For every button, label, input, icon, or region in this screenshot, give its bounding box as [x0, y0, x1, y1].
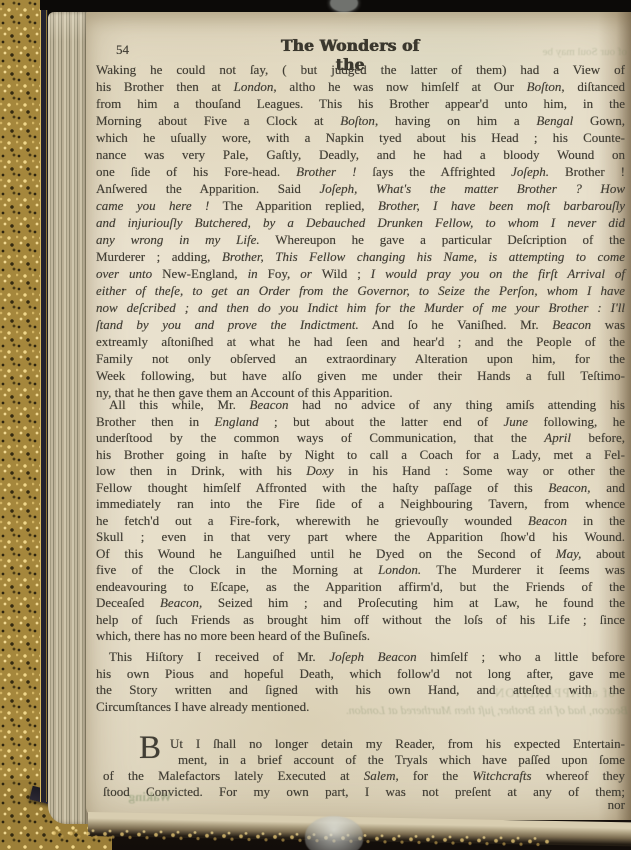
roman-text: Morning about Five a Clock at [96, 113, 340, 128]
text-line: he fetch'd out a Fire-fork, wherewith he… [96, 513, 625, 530]
italic-text: Joſeph. [511, 164, 549, 179]
italic-text: over unto [96, 266, 162, 281]
roman-text: The Apparition replied, [209, 198, 378, 213]
roman-text: Murderer ; adding, [96, 249, 222, 264]
text-line: his own Pious and hopeful Death, which f… [96, 666, 625, 683]
italic-text: Witchcrafts [472, 768, 531, 783]
italic-text: ſtand by you and prove the Indictment. [96, 317, 359, 332]
roman-text: Family not only obſerved an extraordinar… [96, 351, 625, 366]
text-line: ment, in a brief account of the Tryals w… [96, 752, 625, 768]
roman-text: for the [399, 768, 473, 783]
italic-text: Beacon, [160, 595, 202, 610]
roman-text: immediately ran into the Fire ſide of a … [96, 496, 625, 511]
italic-text: London. [378, 562, 421, 577]
roman-text: following, he [528, 414, 625, 429]
roman-text: about [581, 546, 625, 561]
roman-text: his own Pious and hopeful Death, which f… [96, 666, 625, 681]
roman-text: in his Hand : Some way or other the [334, 463, 625, 478]
show-through-header: of our Soul may be [462, 46, 627, 58]
roman-text: of the Malefactors lately Executed at [103, 768, 364, 783]
italic-text: or [300, 266, 322, 281]
text-line: which, there has no more been heard of t… [96, 628, 625, 645]
roman-text: endeavouring to Eſcape, as the Apparitio… [96, 579, 625, 594]
roman-text: Week following, but have alſo given me u… [96, 368, 625, 383]
roman-text: Skull ; even in that very part where the… [96, 529, 625, 544]
show-through-word: Waking [102, 789, 172, 805]
italic-text: Beacon [552, 317, 591, 332]
text-line: Of this Wound he Languiſhed until he Dye… [96, 546, 625, 563]
roman-text: ſays the Affrighted [356, 164, 511, 179]
book-scan-page: 54 The Wonders of the Waking he could no… [0, 0, 631, 850]
roman-text: one ſide of his Fore-head. [96, 164, 296, 179]
roman-text: which, there has no more been heard of t… [96, 628, 370, 643]
roman-text: was [591, 317, 625, 332]
italic-text: London [234, 79, 274, 94]
text-line: which he uſually wore, with a Napkin tye… [96, 129, 625, 146]
italic-text: Salem, [364, 768, 399, 783]
roman-text: before, [571, 430, 625, 445]
page-number: 54 [116, 42, 129, 58]
roman-text: Of this Wound he Languiſhed until he Dye… [96, 546, 556, 561]
show-through-heading: of an APPARITION [330, 685, 615, 701]
text-line: Family not only obſerved an extraordinar… [96, 350, 625, 367]
roman-text: and [591, 480, 625, 495]
roman-text: All this while, Mr. [109, 397, 250, 412]
italic-text: Beacon [528, 513, 567, 528]
roman-text: from him a thouſand Leagues. This his Br… [96, 96, 625, 111]
paragraph-beacon-news: All this while, Mr. Beacon had no advice… [96, 397, 625, 645]
roman-text: Anſwered the Apparition. Said [96, 181, 319, 196]
text-line: This Hiſtory I received of Mr. Joſeph Be… [96, 649, 625, 666]
text-line: now deſcribed ; and then do you Indict h… [96, 299, 625, 316]
italic-text: either of theſe, to get an Order from th… [96, 283, 625, 298]
roman-text: , altho he was now himſelf at Our [273, 79, 526, 94]
italic-text: Doxy [306, 463, 333, 478]
roman-text: in the [567, 513, 625, 528]
roman-text: nance was very Pale, Gaſtly, Deadly, and… [96, 147, 625, 162]
roman-text: Gown, [573, 113, 625, 128]
roman-text: five of the Clock in the Morning at [96, 562, 378, 577]
roman-text: whereof they [532, 768, 625, 783]
text-line: extreamly aſtoniſhed at what he had ſeen… [96, 333, 625, 350]
gilt-cover-border [0, 0, 40, 850]
roman-text: Wild ; [322, 266, 371, 281]
text-line: came you here ! The Apparition replied, … [96, 197, 625, 214]
italic-text: any wrong in my Life. [96, 232, 260, 247]
roman-text: Fellow thought himſelf Affronted with th… [96, 480, 548, 495]
roman-text: low then in Drink, with his [96, 463, 306, 478]
italic-text: Beacon, [548, 480, 590, 495]
text-line: Brother then in England ; but about the … [96, 414, 625, 431]
text-line: Waking he could not ſay, ( but judged th… [96, 61, 625, 78]
text-line: five of the Clock in the Morning at Lond… [96, 562, 625, 579]
roman-text: Foy, [268, 266, 301, 281]
roman-text: his Brother then at [96, 79, 234, 94]
italic-text: May, [556, 546, 582, 561]
italic-text: June [503, 414, 528, 429]
italic-text: Beacon [250, 397, 289, 412]
text-line: Ut I ſhall no longer detain my Reader, f… [96, 736, 625, 752]
text-line: All this while, Mr. Beacon had no advice… [96, 397, 625, 414]
roman-text: Brother then in [96, 414, 215, 429]
roman-text: Waking he could not ſay, ( but judged th… [96, 62, 625, 77]
roman-text: Whereupon he gave a particular Deſcripti… [260, 232, 625, 247]
text-line: Morning about Five a Clock at Boſton, ha… [96, 112, 625, 129]
roman-text: Brother ! [549, 164, 625, 179]
text-line: endeavouring to Eſcape, as the Apparitio… [96, 579, 625, 596]
italic-text: Brother, I have been moſt barbarouſly [378, 198, 625, 213]
text-line: Fellow thought himſelf Affronted with th… [96, 480, 625, 497]
text-line: Anſwered the Apparition. Said Joſeph, Wh… [96, 180, 625, 197]
roman-text: which he uſually wore, with a Napkin tye… [96, 130, 625, 145]
italic-text: Boſton [340, 113, 375, 128]
text-line: his Brother going in haſte by Night to c… [96, 447, 625, 464]
text-line: low then in Drink, with his Doxy in his … [96, 463, 625, 480]
text-line: immediately ran into the Fire ſide of a … [96, 496, 625, 513]
roman-text: had no advice of any thing amiſs attendi… [289, 397, 626, 412]
page-clip-bottom [305, 816, 363, 850]
text-line: of the Malefactors lately Executed at Sa… [96, 768, 625, 784]
text-line: Skull ; even in that very part where the… [96, 529, 625, 546]
text-line: Murderer ; adding, Brother, This Fellow … [96, 248, 625, 265]
italic-text: and injuriouſly Butchered, by a Debauche… [96, 215, 625, 230]
page-fore-edge-stack [48, 12, 88, 824]
italic-text: England [215, 414, 259, 429]
italic-text: Joſeph Beacon [329, 649, 416, 664]
text-line: his Brother then at London, altho he was… [96, 78, 625, 95]
italic-text: April [544, 430, 571, 445]
italic-text: Brother ! [296, 164, 356, 179]
roman-text: New-England, [162, 266, 247, 281]
roman-text: underſtood by the common ways of Communi… [96, 430, 544, 445]
text-line: over unto New-England, in Foy, or Wild ;… [96, 265, 625, 282]
cover-inner-band [40, 10, 48, 802]
text-line: Deceaſed Beacon, Seized him ; and Proſec… [96, 595, 625, 612]
roman-text: Deceaſed [96, 595, 160, 610]
italic-text: Joſeph, What's the matter Brother ? How [319, 181, 625, 196]
text-line: and injuriouſly Butchered, by a Debauche… [96, 214, 625, 231]
text-line: Week following, but have alſo given me u… [96, 367, 625, 384]
paragraph-salem-trials: Ut I ſhall no longer detain my Reader, f… [96, 736, 625, 800]
roman-text: his Brother going in haſte by Night to c… [96, 447, 625, 462]
roman-text: help of ſuch Friends as brought him off … [96, 612, 625, 627]
italic-text: came you here ! [96, 198, 209, 213]
roman-text: Ut I ſhall no longer detain my Reader, f… [170, 736, 625, 751]
roman-text: The Murderer it ſeems was [421, 562, 625, 577]
catchword: nor [540, 797, 625, 813]
roman-text: , diſtanced [561, 79, 625, 94]
roman-text: ment, in a brief account of the Tryals w… [178, 752, 625, 767]
text-line: help of ſuch Friends as brought him off … [96, 612, 625, 629]
text-line: one ſide of his Fore-head. Brother ! ſay… [96, 163, 625, 180]
italic-text: in [248, 266, 268, 281]
text-line: ſtand by you and prove the Indictment. A… [96, 316, 625, 333]
show-through-line: Beacon, had of his Brother, juſt then Mu… [240, 703, 628, 718]
text-line: any wrong in my Life. Whereupon he gave … [96, 231, 625, 248]
italic-text: Boſton [527, 79, 562, 94]
roman-text: , having on him a [375, 113, 536, 128]
text-line: underſtood by the common ways of Communi… [96, 430, 625, 447]
italic-text: I would pray you on the firſt Arrival of [371, 266, 625, 281]
roman-text: This Hiſtory I received of Mr. [109, 649, 329, 664]
text-line: from him a thouſand Leagues. This his Br… [96, 95, 625, 112]
italic-text: now deſcribed ; and then do you Indict h… [96, 300, 625, 315]
roman-text: he fetch'd out a Fire-fork, wherewith he… [96, 513, 528, 528]
italic-text: Brother, This Fellow changing his Name, … [222, 249, 625, 264]
text-line: either of theſe, to get an Order from th… [96, 282, 625, 299]
paragraph-apparition-view: Waking he could not ſay, ( but judged th… [96, 61, 625, 401]
roman-text: And ſo he Vaniſhed. Mr. [359, 317, 552, 332]
roman-text: extreamly aſtoniſhed at what he had ſeen… [96, 334, 625, 349]
roman-text: Seized him ; and Proſecuting him at Law,… [202, 595, 625, 610]
text-line: nance was very Pale, Gaſtly, Deadly, and… [96, 146, 625, 163]
italic-text: Bengal [536, 113, 573, 128]
roman-text: ; but about the latter end of [259, 414, 504, 429]
roman-text: himſelf ; who a little before [417, 649, 625, 664]
page-clip-top [330, 0, 358, 12]
